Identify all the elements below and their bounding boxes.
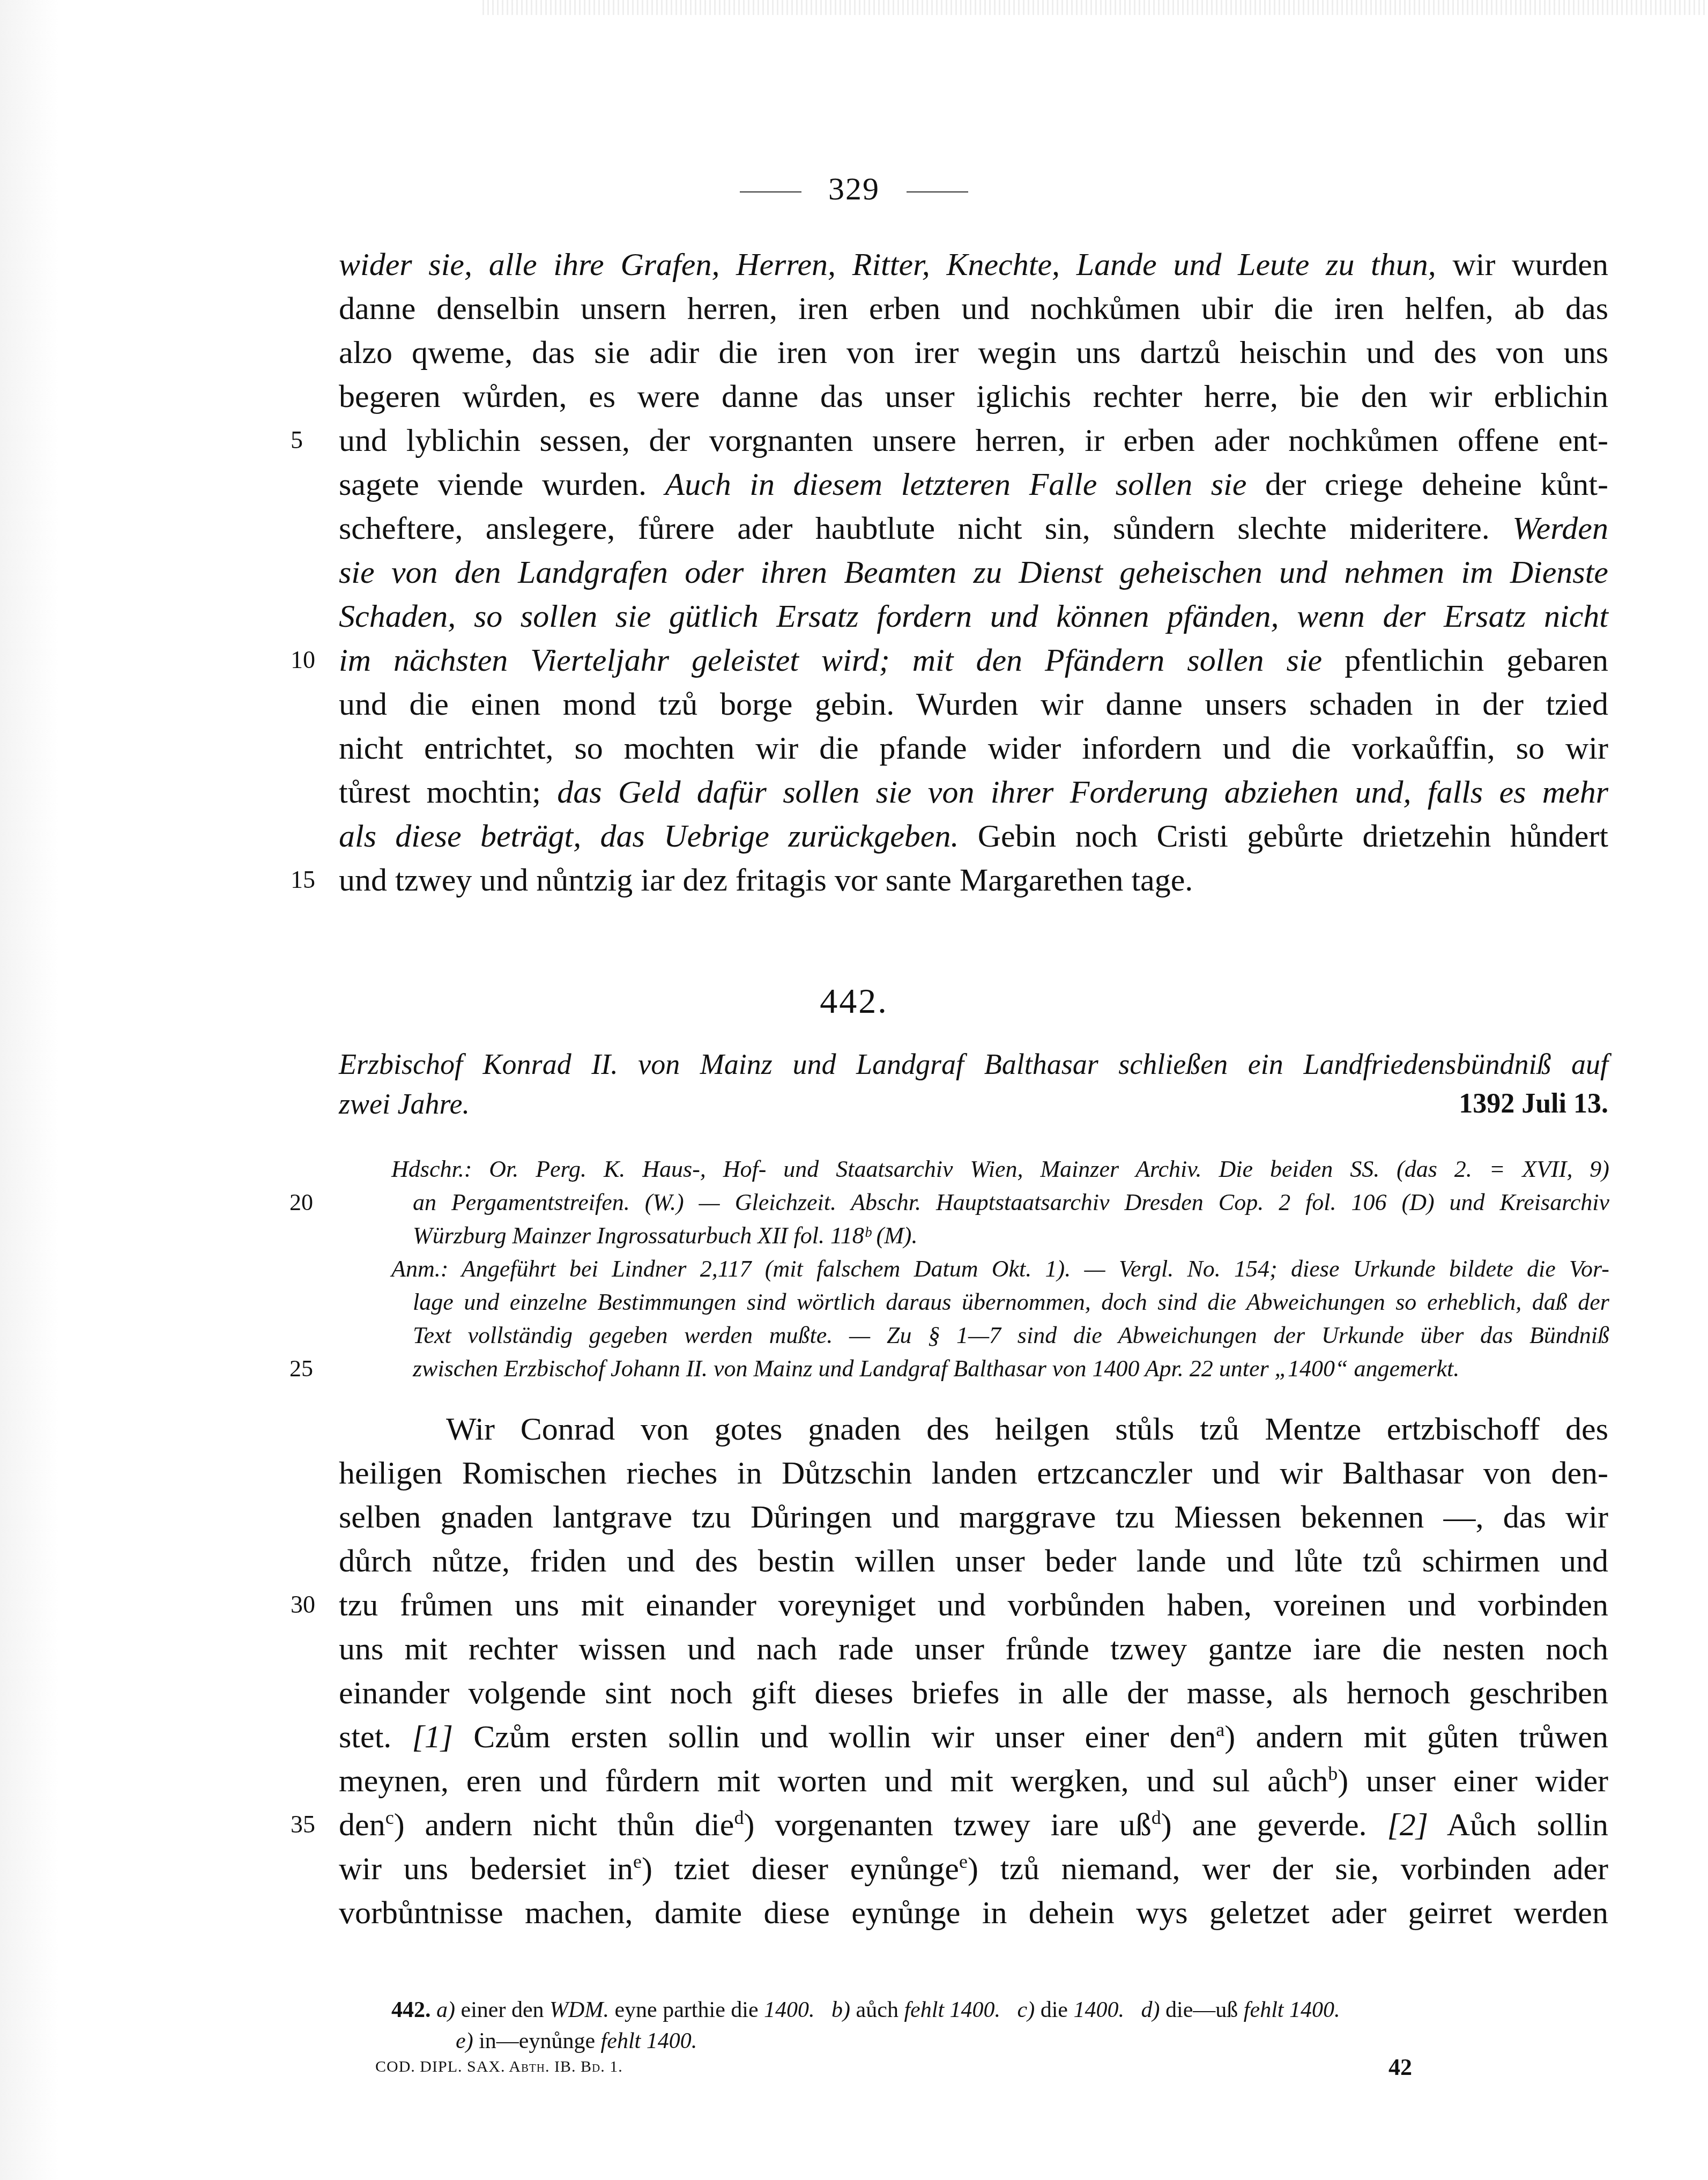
text-line: danne denselbin unsern herren, iren erbe… [339, 286, 1608, 330]
regest-line-2-text: zwei Jahre. [339, 1088, 470, 1120]
source-text: wir wurden [1436, 247, 1608, 282]
text-line: 10im nächsten Vierteljahr geleistet wird… [339, 638, 1608, 682]
apparatus-text: zwischen Erzbischof Johann II. von Mainz… [413, 1355, 1459, 1382]
apparatus-line: 20an Pergamentstreifen. (W.) — Gleichzei… [391, 1186, 1609, 1219]
charter-text: vorbůntnisse machen, damite diese eynůng… [339, 1895, 1608, 1930]
charter-line: 35denc) andern nicht thůn died) vorgenan… [339, 1803, 1608, 1847]
editorial-summary: Auch in diesem letzteren Falle sollen si… [665, 466, 1246, 502]
regest-line-1: Erzbischof Konrad II. von Mainz und Land… [339, 1044, 1608, 1084]
charter-text: tzu frůmen uns mit einander voreyniget u… [339, 1587, 1608, 1622]
apparatus-line: Hdschr.: Or. Perg. K. Haus-, Hof- und St… [391, 1153, 1609, 1186]
source-text: sagete viende wurden. [339, 466, 665, 502]
apparatus-line: 25zwischen Erzbischof Johann II. von Mai… [391, 1352, 1609, 1385]
line-number: 35 [291, 1803, 328, 1847]
source-text: pfentlichin gebaren [1322, 642, 1608, 678]
footnotes: 442. a) einer den WDM. eyne parthie die … [391, 1994, 1609, 2057]
scan-edge-top [482, 0, 1708, 15]
editorial-summary: wider sie, alle ihre Grafen, Herren, Rit… [339, 247, 1436, 282]
text-line: nicht entrichtet, so mochten wir die pfa… [339, 726, 1608, 770]
apparatus-line: lage und einzelne Bestimmungen sind wört… [391, 1286, 1609, 1319]
charter-line: stet. [1] Czům ersten sollin und wollin … [339, 1715, 1608, 1759]
source-text: der criege deheine kůnt- [1246, 466, 1608, 502]
text-line: 15und tzwey und nůntzig iar dez fritagis… [339, 858, 1608, 902]
running-head-rule-right [907, 191, 968, 192]
charter-line: důrch nůtze, friden und des bestin wille… [339, 1539, 1608, 1583]
charter-line: wir uns bedersiet ine) tziet dieser eynů… [339, 1847, 1608, 1890]
apparatus-text: lage und einzelne Bestimmungen sind wört… [413, 1289, 1609, 1315]
source-text: tůrest mochtin; [339, 774, 557, 810]
text-line: begeren wůrden, es were danne das unser … [339, 374, 1608, 418]
charter-text: wir uns bedersiet ine) tziet dieser eynů… [339, 1851, 1608, 1886]
charter-text: Wir Conrad von gotes gnaden des heilgen … [446, 1411, 1608, 1447]
text-line: alzo qweme, das sie adir die iren von ir… [339, 330, 1608, 374]
charter-text: uns mit rechter wissen und nach rade uns… [339, 1631, 1608, 1666]
footnote-line-2: e) in—eynůnge fehlt 1400. [391, 2026, 1609, 2057]
source-text: alzo qweme, das sie adir die iren von ir… [339, 335, 1608, 370]
line-number: 10 [291, 638, 328, 682]
source-text: und lyblichin sessen, der vorgnanten uns… [339, 422, 1608, 458]
regest-line-2: zwei Jahre. 1392 Juli 13. [339, 1084, 1608, 1124]
source-text: und die einen mond tzů borge gebin. Wurd… [339, 686, 1608, 722]
footnote-label: 442. [391, 1998, 431, 2022]
editorial-summary: Werden [1512, 510, 1608, 546]
critical-apparatus: Hdschr.: Or. Perg. K. Haus-, Hof- und St… [391, 1153, 1609, 1385]
source-text: danne denselbin unsern herren, iren erbe… [339, 291, 1608, 326]
editorial-summary: sie von den Landgrafen oder ihren Beamte… [339, 554, 1608, 590]
apparatus-text: Text vollständig gegeben werden mußte. —… [413, 1322, 1609, 1348]
charter-text: selben gnaden lantgrave tzu Důringen und… [339, 1499, 1608, 1534]
apparatus-text: an Pergamentstreifen. (W.) — Gleichzeit.… [413, 1189, 1609, 1215]
editorial-summary: im nächsten Vierteljahr geleistet wird; … [339, 642, 1322, 678]
document-page: 329 wider sie, alle ihre Grafen, Herren,… [0, 0, 1708, 2180]
footnote-line-1: 442. a) einer den WDM. eyne parthie die … [391, 1994, 1609, 2026]
text-line: tůrest mochtin; das Geld dafür sollen si… [339, 770, 1608, 814]
signature-mark: 42 [1388, 2053, 1412, 2081]
page-number: 329 [828, 171, 880, 206]
line-number: 25 [289, 1352, 327, 1385]
line-number: 15 [291, 858, 328, 902]
continuation-text: wider sie, alle ihre Grafen, Herren, Rit… [339, 242, 1608, 902]
source-text: und tzwey und nůntzig iar dez fritagis v… [339, 862, 1193, 898]
editorial-summary: Schaden, so sollen sie gütlich Ersatz fo… [339, 598, 1608, 634]
text-line: 5und lyblichin sessen, der vorgnanten un… [339, 418, 1608, 462]
charter-line: einander volgende sint noch gift dieses … [339, 1671, 1608, 1715]
apparatus-line: Text vollständig gegeben werden mußte. —… [391, 1319, 1609, 1352]
charter-line: Wir Conrad von gotes gnaden des heilgen … [339, 1407, 1608, 1451]
charter-body-text: Wir Conrad von gotes gnaden des heilgen … [339, 1407, 1608, 1934]
text-line: und die einen mond tzů borge gebin. Wurd… [339, 682, 1608, 726]
apparatus-text: Hdschr.: Or. Perg. K. Haus-, Hof- und St… [391, 1156, 1609, 1182]
charter-text: důrch nůtze, friden und des bestin wille… [339, 1543, 1608, 1578]
document-date: 1392 Juli 13. [1459, 1084, 1608, 1124]
text-line: Schaden, so sollen sie gütlich Ersatz fo… [339, 594, 1608, 638]
running-head: 329 [0, 170, 1708, 207]
text-line: sagete viende wurden. Auch in diesem let… [339, 462, 1608, 506]
charter-line: heiligen Romischen rieches in Důtzschin … [339, 1451, 1608, 1495]
running-head-rule-left [740, 191, 801, 192]
text-line: sie von den Landgrafen oder ihren Beamte… [339, 550, 1608, 594]
charter-text: heiligen Romischen rieches in Důtzschin … [339, 1455, 1608, 1491]
text-line: als diese beträgt, das Uebrige zurückgeb… [339, 814, 1608, 858]
charter-text: denc) andern nicht thůn died) vorgenante… [339, 1807, 1608, 1842]
footnote-text-1: a) einer den WDM. eyne parthie die 1400.… [436, 1998, 1340, 2022]
editorial-summary: als diese beträgt, das Uebrige zurückgeb… [339, 818, 959, 854]
apparatus-line: Würzburg Mainzer Ingrossaturbuch XII fol… [391, 1219, 1609, 1252]
text-line: scheftere, anslegere, fůrere ader haubtl… [339, 506, 1608, 550]
charter-text: einander volgende sint noch gift dieses … [339, 1675, 1608, 1710]
source-text: begeren wůrden, es were danne das unser … [339, 379, 1608, 414]
line-number: 30 [291, 1583, 328, 1627]
document-number: 442. [0, 981, 1708, 1022]
line-number: 20 [289, 1186, 327, 1219]
source-text: scheftere, anslegere, fůrere ader haubtl… [339, 510, 1512, 546]
apparatus-text: Anm.: Angeführt bei Lindner 2,117 (mit f… [391, 1256, 1609, 1282]
charter-line: selben gnaden lantgrave tzu Důringen und… [339, 1495, 1608, 1539]
apparatus-line: Anm.: Angeführt bei Lindner 2,117 (mit f… [391, 1252, 1609, 1286]
charter-line: 30tzu frůmen uns mit einander voreyniget… [339, 1583, 1608, 1627]
apparatus-text: Würzburg Mainzer Ingrossaturbuch XII fol… [413, 1222, 917, 1249]
imprint: COD. DIPL. SAX. Abth. IB. Bd. 1. [375, 2058, 623, 2076]
charter-line: uns mit rechter wissen und nach rade uns… [339, 1627, 1608, 1671]
charter-line: vorbůntnisse machen, damite diese eynůng… [339, 1890, 1608, 1934]
text-line: wider sie, alle ihre Grafen, Herren, Rit… [339, 242, 1608, 286]
scan-edge-left [0, 0, 59, 2180]
regest: Erzbischof Konrad II. von Mainz und Land… [339, 1044, 1608, 1124]
source-text: nicht entrichtet, so mochten wir die pfa… [339, 730, 1608, 766]
charter-text: meynen, eren und fůrdern mit worten und … [339, 1763, 1608, 1798]
line-number: 5 [291, 418, 328, 462]
source-text: Gebin noch Cristi gebůrte drietzehin hůn… [959, 818, 1608, 854]
charter-line: meynen, eren und fůrdern mit worten und … [339, 1759, 1608, 1803]
editorial-summary: das Geld dafür sollen sie von ihrer Ford… [557, 774, 1608, 810]
charter-text: stet. [1] Czům ersten sollin und wollin … [339, 1719, 1608, 1754]
